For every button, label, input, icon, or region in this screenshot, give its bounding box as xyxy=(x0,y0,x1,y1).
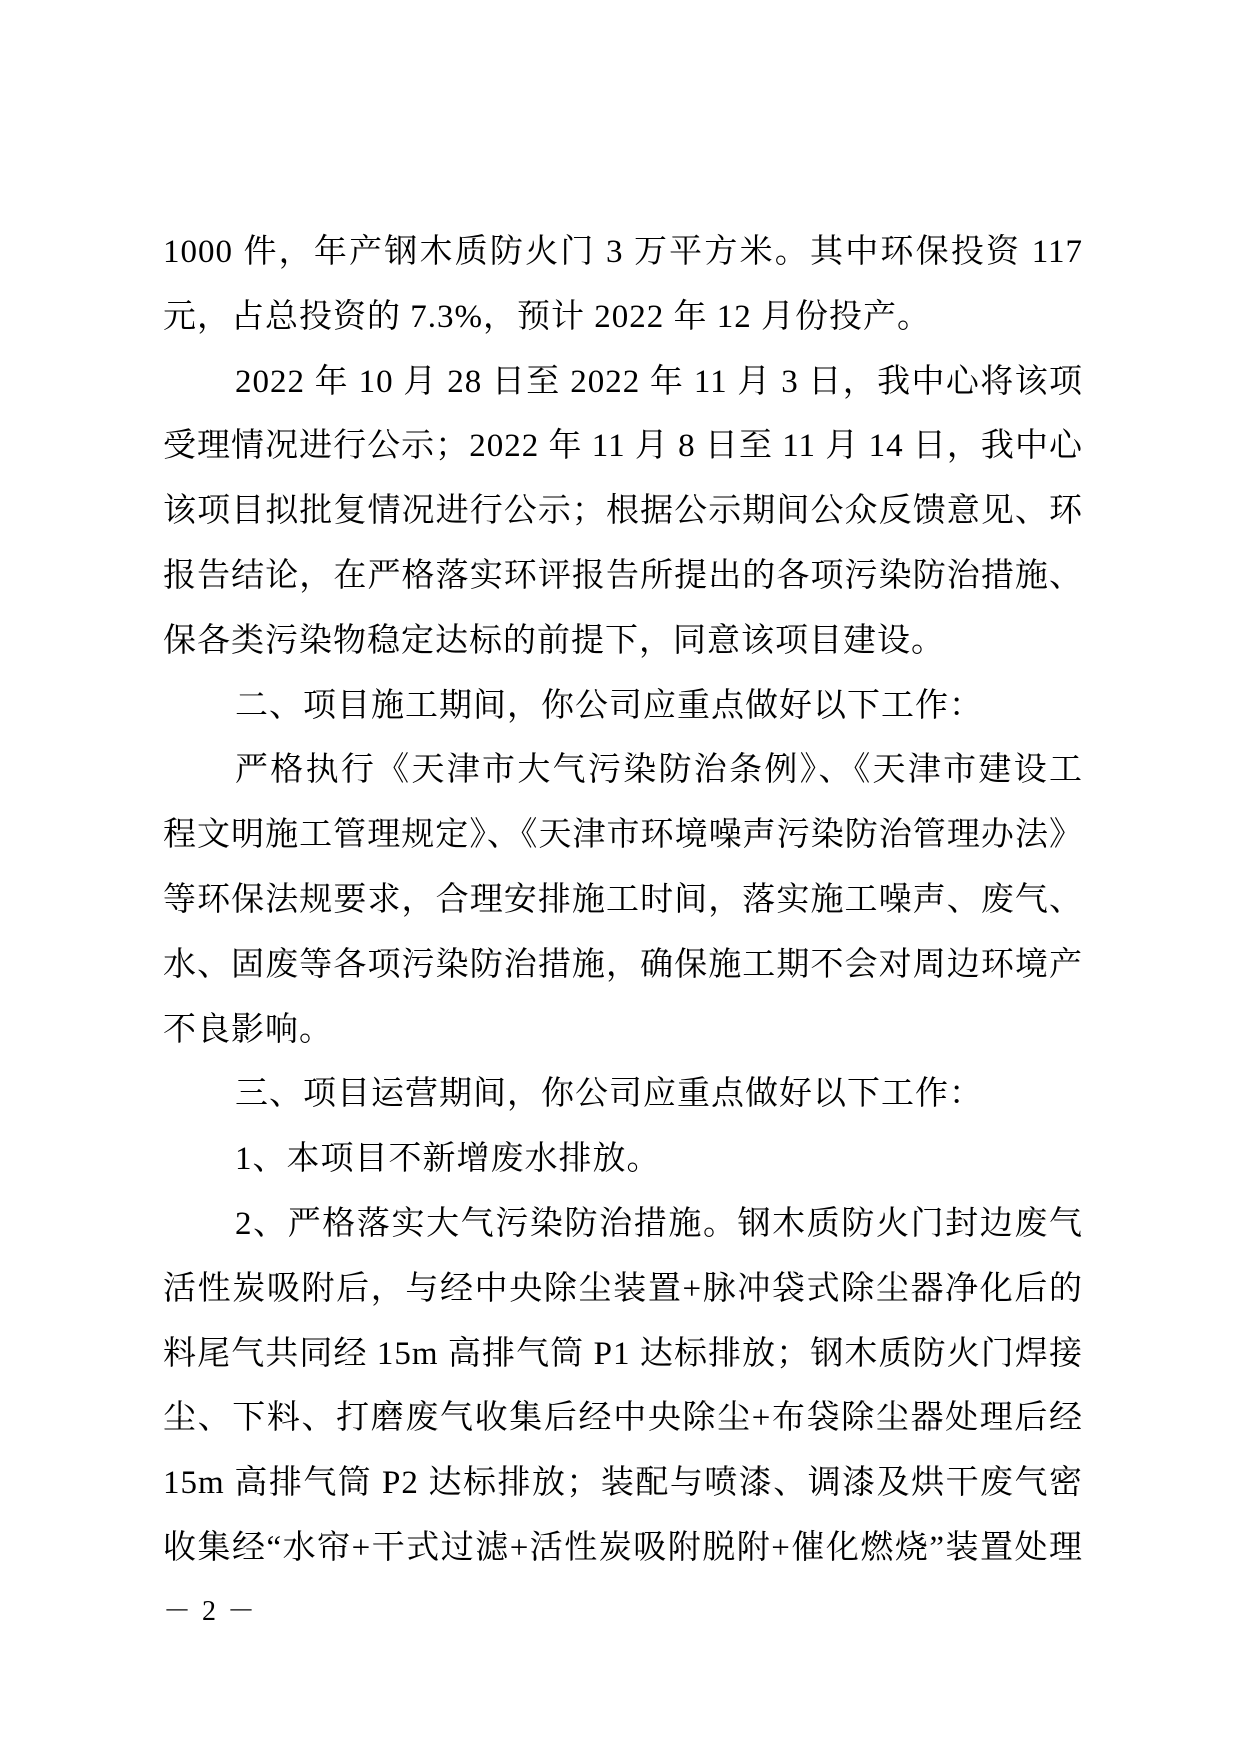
text-line: 元，占总投资的 7.3%，预计 2022 年 12 月份投产。 xyxy=(163,285,1083,350)
text-line: 15m 高排气筒 P2 达标排放；装配与喷漆、调漆及烘干废气密闭 xyxy=(163,1451,1083,1516)
text-line: 不良影响。 xyxy=(163,998,1083,1063)
text-line: 2、严格落实大气污染防治措施。钢木质防火门封边废气经 xyxy=(163,1192,1083,1257)
text-line: 受理情况进行公示；2022 年 11 月 8 日至 11 月 14 日，我中心将 xyxy=(163,414,1083,479)
text-line: 1、本项目不新增废水排放。 xyxy=(163,1127,1083,1192)
text-line: 收集经“水帘+干式过滤+活性炭吸附脱附+催化燃烧”装置处理 xyxy=(163,1516,1083,1581)
text-line: 料尾气共同经 15m 高排气筒 P1 达标排放；钢木质防火门焊接烟 xyxy=(163,1322,1083,1387)
text-line: 等环保法规要求，合理安排施工时间，落实施工噪声、废气、废 xyxy=(163,868,1083,933)
text-line: 三、项目运营期间，你公司应重点做好以下工作： xyxy=(163,1062,1083,1127)
text-line: 1000 件，年产钢木质防火门 3 万平方米。其中环保投资 117 万 xyxy=(163,220,1083,285)
text-line: 活性炭吸附后，与经中央除尘装置+脉冲袋式除尘器净化后的下 xyxy=(163,1257,1083,1322)
text-line: 保各类污染物稳定达标的前提下，同意该项目建设。 xyxy=(163,609,1083,674)
text-line: 2022 年 10 月 28 日至 2022 年 11 月 3 日，我中心将该项… xyxy=(163,350,1083,415)
text-line: 程文明施工管理规定》、《天津市环境噪声污染防治管理办法》 xyxy=(163,803,1083,868)
text-line: 尘、下料、打磨废气收集后经中央除尘+布袋除尘器处理后经 xyxy=(163,1386,1083,1451)
text-line: 水、固废等各项污染防治措施，确保施工期不会对周边环境产生 xyxy=(163,933,1083,998)
document-body: 1000 件，年产钢木质防火门 3 万平方米。其中环保投资 117 万元，占总投… xyxy=(163,220,1083,1581)
page-number: － 2 － xyxy=(163,1592,257,1632)
text-line: 严格执行《天津市大气污染防治条例》、《天津市建设工 xyxy=(163,738,1083,803)
document-page: 1000 件，年产钢木质防火门 3 万平方米。其中环保投资 117 万元，占总投… xyxy=(0,0,1241,1754)
text-line: 二、项目施工期间，你公司应重点做好以下工作： xyxy=(163,674,1083,739)
text-line: 报告结论，在严格落实环评报告所提出的各项污染防治措施、确 xyxy=(163,544,1083,609)
text-line: 该项目拟批复情况进行公示；根据公示期间公众反馈意见、环评 xyxy=(163,479,1083,544)
